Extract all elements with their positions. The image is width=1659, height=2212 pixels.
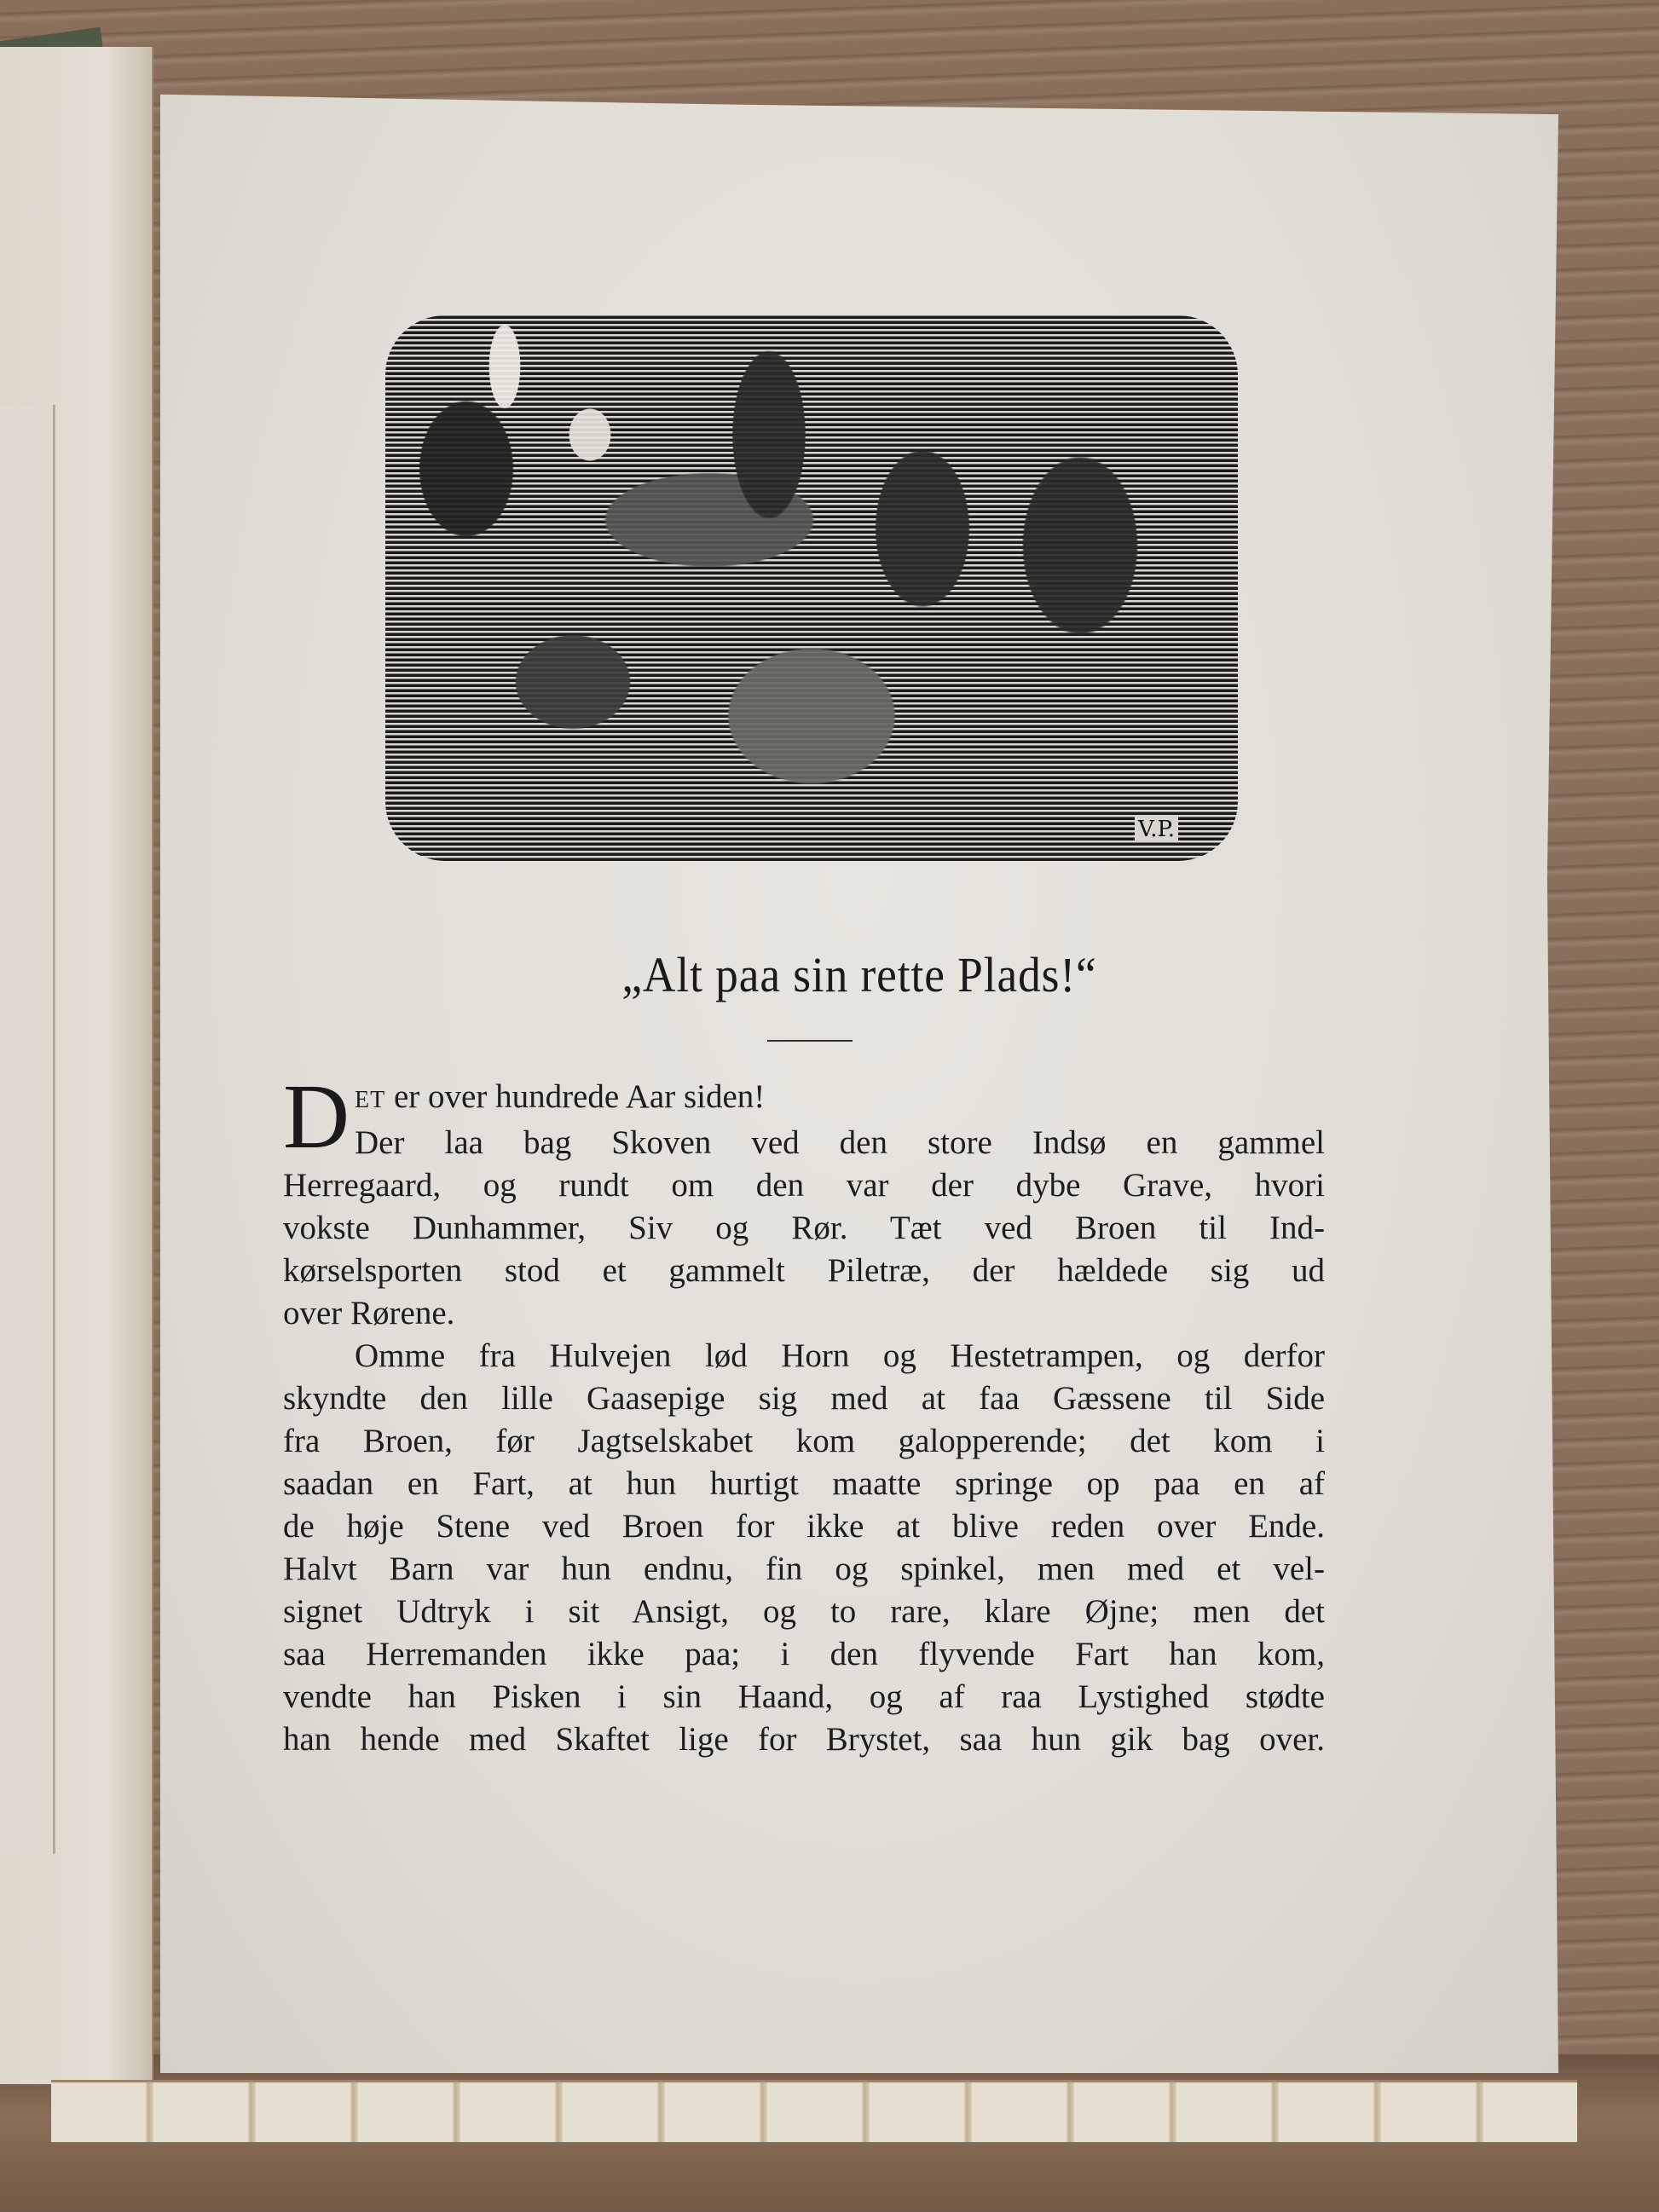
story-text: D ET er over hundrede Aar siden! Der laa… [283,1076,1325,1761]
chapter-title: „Alt paa sin rette Plads!“ [217,946,1503,1003]
text-line: vokste Dunhammer, Siv og Rør. Tæt ved Br… [283,1207,1325,1250]
left-page [0,47,153,2084]
text-line: han hende med Skaftet lige for Brystet, … [283,1718,1325,1761]
text-line: vendte han Pisken i sin Haand, og af raa… [283,1676,1325,1718]
feast-scene-image [385,315,1238,861]
text-line: de høje Stene ved Broen for ikke at bliv… [283,1505,1325,1548]
text-line: kørselsporten stod et gammelt Piletræ, d… [283,1250,1325,1292]
text-line: Omme fra Hulvejen lød Horn og Hestetramp… [283,1335,1325,1377]
worn-page-edge [51,2080,1577,2142]
title-rule-divider [767,1040,853,1042]
text-line: over Rørene. [283,1292,1325,1335]
text-line: Der laa bag Skoven ved den store Indsø e… [283,1122,1325,1164]
text-line: Herregaard, og rundt om den var der dybe… [283,1164,1325,1207]
engraving-illustration: V.P. [385,315,1238,861]
text-line: Halvt Barn var hun endnu, fin og spinkel… [283,1548,1325,1591]
artist-signature: V.P. [1135,817,1178,842]
text-line: saa Herremanden ikke paa; i den flyvende… [283,1633,1325,1676]
text-line: fra Broen, før Jagtselskabet kom galoppe… [283,1420,1325,1463]
drop-cap: D [283,1081,350,1154]
text-line: skyndte den lille Gaasepige sig med at f… [283,1377,1325,1420]
left-page-inner-leaf [0,405,55,1854]
text-line: saadan en Fart, at hun hurtigt maatte sp… [283,1463,1325,1505]
text-line: signet Udtryk i sit Ansigt, og to rare, … [283,1591,1325,1633]
text-line: ET er over hundrede Aar siden! [283,1076,1325,1122]
